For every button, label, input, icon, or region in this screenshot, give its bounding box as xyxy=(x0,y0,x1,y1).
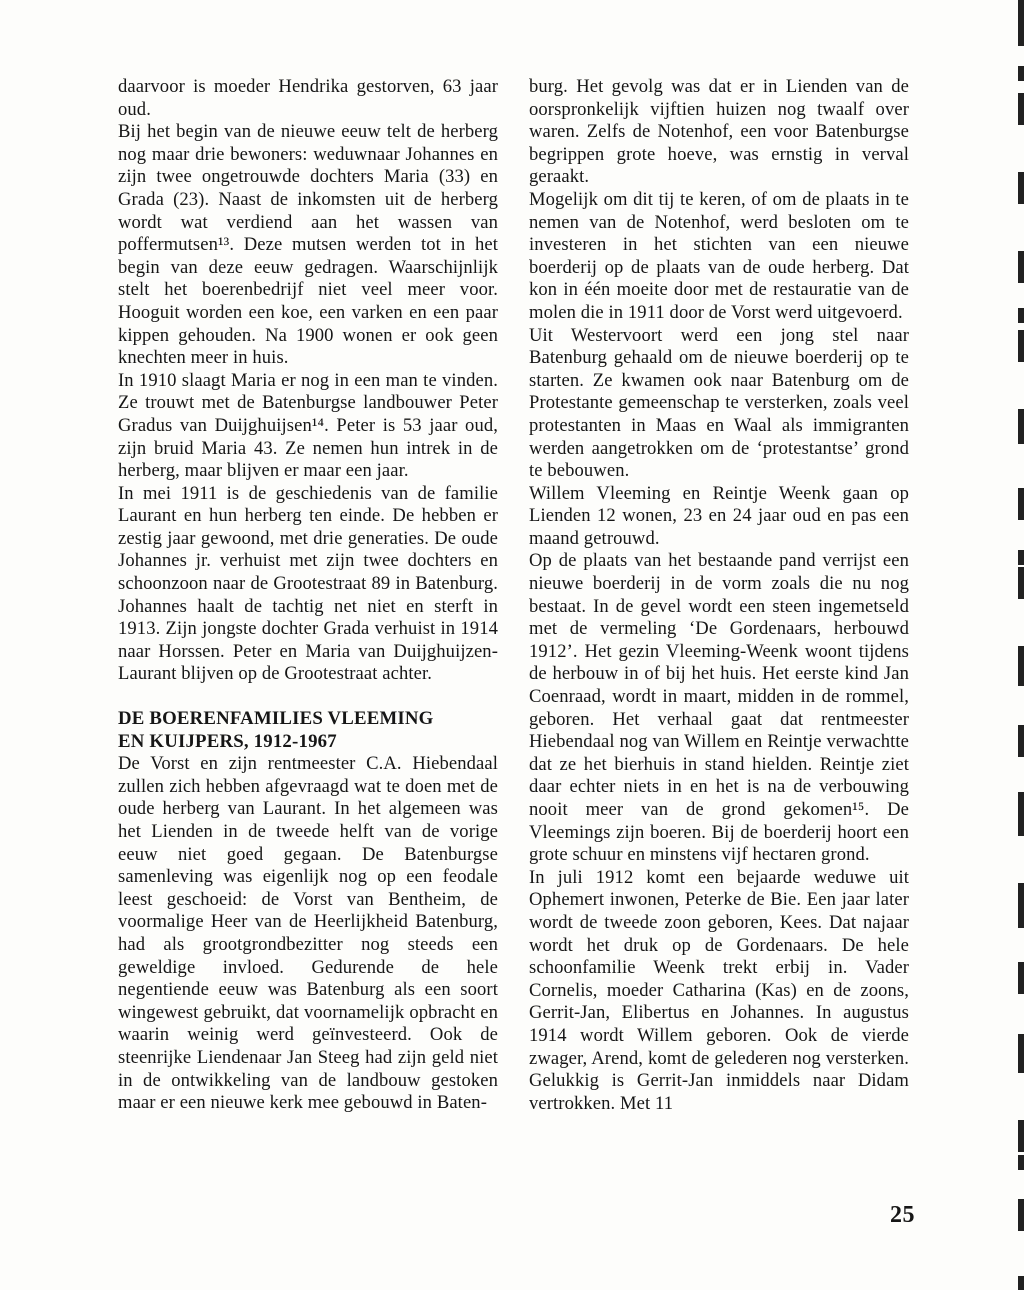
body-paragraph: Willem Vleeming en Reintje Weenk gaan op… xyxy=(529,483,909,551)
section-heading: DE BOERENFAMILIES VLEEMING EN KUIJPERS, … xyxy=(118,708,498,753)
right-column: burg. Het gevolg was dat er in Lienden v… xyxy=(529,76,909,1115)
body-paragraph: In 1910 slaagt Maria er nog in een man t… xyxy=(118,370,498,483)
body-paragraph: daarvoor is moeder Hendrika gestorven, 6… xyxy=(118,76,498,121)
left-column: daarvoor is moeder Hendrika gestorven, 6… xyxy=(118,76,498,1115)
body-paragraph: Op de plaats van het bestaande pand verr… xyxy=(529,550,909,866)
body-paragraph: De Vorst en zijn rentmeester C.A. Hieben… xyxy=(118,753,498,1115)
section-heading-line2: EN KUIJPERS, 1912-1967 xyxy=(118,731,498,754)
body-paragraph: Uit Westervoort werd een jong stel naar … xyxy=(529,325,909,483)
body-paragraph: In mei 1911 is de geschiedenis van de fa… xyxy=(118,483,498,686)
body-paragraph: burg. Het gevolg was dat er in Lienden v… xyxy=(529,76,909,189)
body-paragraph: Bij het begin van de nieuwe eeuw telt de… xyxy=(118,121,498,370)
body-paragraph: Mogelijk om dit tij te keren, of om de p… xyxy=(529,189,909,325)
page-number: 25 xyxy=(529,1202,915,1229)
scanned-book-page: daarvoor is moeder Hendrika gestorven, 6… xyxy=(0,0,1024,1290)
body-paragraph: In juli 1912 komt een bejaarde weduwe ui… xyxy=(529,867,909,1116)
section-heading-line1: DE BOERENFAMILIES VLEEMING xyxy=(118,708,498,731)
scan-edge-artifact xyxy=(1018,0,1024,1290)
